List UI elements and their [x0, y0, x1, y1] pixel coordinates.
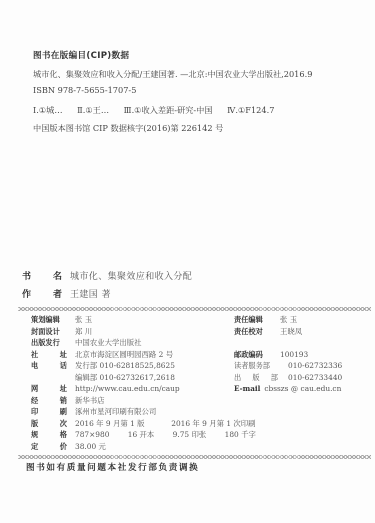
detail-value: 郑 川 — [75, 326, 92, 338]
detail-row-spec: 规 格 787×980 16 开本 9.75 印张 180 千字 — [22, 429, 367, 441]
details-right-column: 责任编辑 张 玉 责任校对 王晓凤 邮政编码 100193 读者服务部 010-… — [234, 314, 342, 395]
book-title-label: 书 名 — [22, 268, 62, 286]
detail-value: 涿州市星河印刷有限公司 — [75, 406, 156, 418]
book-title-value: 城市化、集聚效应和收入分配 — [70, 268, 192, 286]
author-label: 作 者 — [22, 286, 62, 304]
cip-verification: 中国版本图书馆 CIP 数据核字(2016)第 226142 号 — [33, 122, 363, 134]
detail-label: 定 价 — [31, 441, 67, 453]
detail-value: 张 玉 — [280, 314, 297, 326]
detail-label: 电 话 — [31, 360, 67, 372]
detail-label: 版 次 — [31, 418, 67, 430]
detail-value: 北京市海淀区圆明园西路 2 号 — [75, 349, 173, 361]
classification-item: Ⅱ.①王… — [77, 105, 109, 115]
detail-label: 邮政编码 — [234, 349, 270, 361]
detail-value: 发行部 010-62818525,8625 — [75, 360, 175, 372]
cip-data-block: 图书在版编目(CIP)数据 城市化、集聚效应和收入分配/王建国著. —北京:中国… — [33, 50, 363, 134]
detail-row-edition: 版 次 2016 年 9 月第 1 版 2016 年 9 月第 1 次印刷 — [22, 418, 367, 430]
detail-value: 中国农业大学出版社 — [75, 337, 142, 349]
spacer — [234, 337, 342, 349]
copyright-page: 图书在版编目(CIP)数据 城市化、集聚效应和收入分配/王建国著. —北京:中国… — [0, 0, 375, 523]
detail-row-publishing-dept: 出 版 部 010-62733440 — [234, 372, 342, 384]
detail-value: 张 玉 — [75, 314, 92, 326]
bottom-divider — [18, 455, 371, 459]
detail-value: 010-62733440 — [288, 372, 342, 384]
detail-value: 新华书店 — [75, 395, 105, 407]
quality-notice: 图书如有质量问题本社发行部负责调换 — [26, 462, 367, 474]
detail-label: 印 刷 — [31, 406, 67, 418]
spec-value: 787×980 16 开本 9.75 印张 180 千字 — [75, 429, 272, 441]
book-title-row: 书 名 城市化、集聚效应和收入分配 — [22, 268, 367, 286]
website-link[interactable]: http://www.cau.edu.cn/caup — [75, 383, 180, 395]
detail-row-price: 定 价 38.00 元 — [22, 441, 367, 453]
detail-row-proofreader: 责任校对 王晓凤 — [234, 326, 342, 338]
detail-row-email: E-mail cbsszs @ cau.edu.cn — [234, 383, 342, 395]
author-row: 作 者 王建国 著 — [22, 286, 367, 304]
classification-item: Ⅰ.①城… — [33, 105, 63, 115]
detail-label: 网 址 — [31, 383, 67, 395]
classification-item: Ⅳ.①F124.7 — [227, 105, 274, 115]
email-link[interactable]: cbsszs @ cau.edu.cn — [264, 383, 341, 395]
detail-row-reader-service: 读者服务部 010-62732336 — [234, 360, 342, 372]
detail-label: 责任编辑 — [234, 314, 270, 326]
cip-isbn: ISBN 978-7-5655-1707-5 — [33, 84, 363, 96]
detail-label: 规 格 — [31, 429, 67, 441]
detail-label: 策划编辑 — [31, 314, 67, 326]
detail-label: 出 版 部 — [234, 372, 278, 384]
detail-row-responsible-editor: 责任编辑 张 玉 — [234, 314, 342, 326]
detail-label: E-mail — [234, 383, 260, 395]
detail-row-distributor: 经 销 新华书店 — [22, 395, 367, 407]
detail-value: 010-62732336 — [288, 360, 342, 372]
detail-label: 社 址 — [31, 349, 67, 361]
detail-label: 封面设计 — [31, 326, 67, 338]
classification-item: Ⅲ.①收入差距-研究-中国 — [124, 105, 213, 115]
detail-label: 出版发行 — [31, 337, 67, 349]
edition-value: 2016 年 9 月第 1 版 2016 年 9 月第 1 次印刷 — [75, 418, 256, 430]
detail-label: 责任校对 — [234, 326, 270, 338]
detail-row-printer: 印 刷 涿州市星河印刷有限公司 — [22, 406, 367, 418]
author-value: 王建国 著 — [70, 286, 111, 304]
cip-title: 图书在版编目(CIP)数据 — [33, 50, 363, 62]
detail-rows: 策划编辑 张 玉 封面设计 郑 川 出版发行 中国农业大学出版社 社 址 北 — [22, 314, 367, 452]
detail-value: 王晓凤 — [280, 326, 302, 338]
top-divider — [18, 307, 371, 311]
detail-row-postcode: 邮政编码 100193 — [234, 349, 342, 361]
cip-record: 城市化、集聚效应和收入分配/王建国著. —北京:中国农业大学出版社,2016.9 — [33, 68, 363, 80]
price-value: 38.00 元 — [75, 441, 106, 453]
detail-value: 100193 — [280, 349, 308, 361]
detail-value: 编辑部 010-62732617,2618 — [75, 372, 175, 384]
cip-classification: Ⅰ.①城… Ⅱ.①王… Ⅲ.①收入差距-研究-中国 Ⅳ.①F124.7 — [33, 104, 363, 116]
publication-info: 书 名 城市化、集聚效应和收入分配 作 者 王建国 著 策划编辑 张 玉 封面设… — [22, 268, 367, 474]
detail-label: 经 销 — [31, 395, 67, 407]
detail-label: 读者服务部 — [234, 360, 278, 372]
